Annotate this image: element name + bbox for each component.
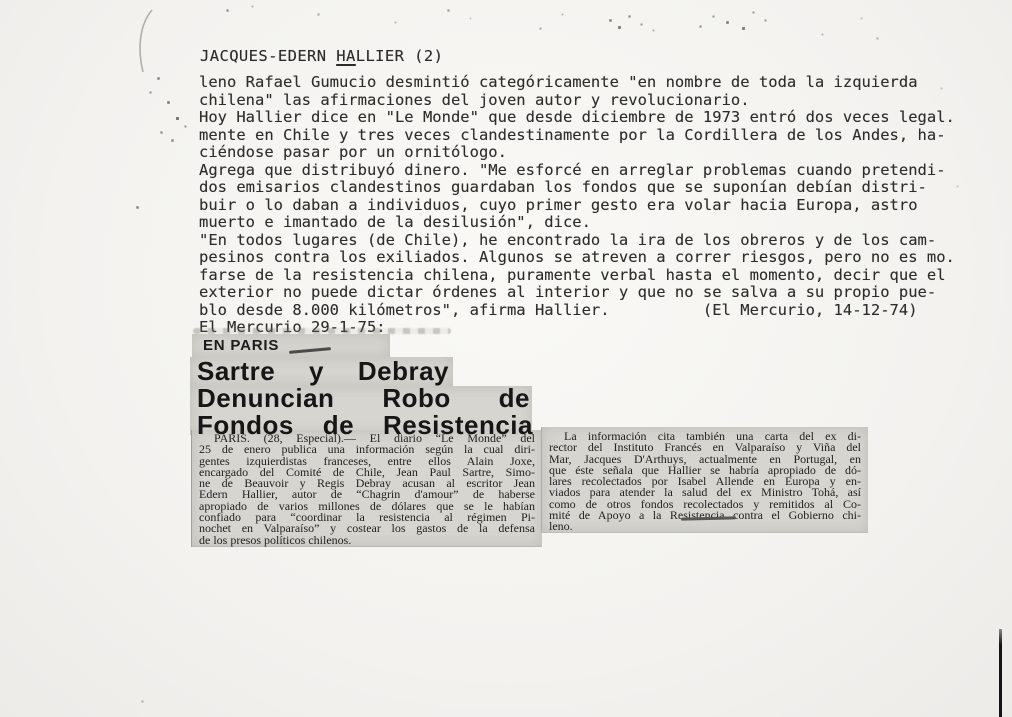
typed-line: exterior no puede dictar órdenes al inte… (199, 284, 955, 302)
typed-heading-pre: JACQUES-EDERN (200, 47, 336, 65)
photocopy-arc-mark (128, 4, 168, 84)
headline-line: Sartre y Debray (197, 358, 449, 384)
typed-line: dos emisarios clandestinos guardaban los… (199, 179, 955, 197)
newsprint-line: de los presos políticos chilenos. (199, 535, 535, 546)
typed-line: chilena" las afirmaciones del joven auto… (199, 92, 955, 110)
typed-line: blo desde 8.000 kilómetros", afirma Hall… (199, 302, 955, 320)
typed-line: mente en Chile y tres veces clandestinam… (199, 127, 955, 145)
typed-line: muerto e imantado de la desilusión", dic… (199, 214, 955, 232)
typed-heading: JACQUES-EDERN HALLIER (2) (200, 47, 443, 65)
newsprint-line: mité de Apoyo a la Resistencia contra el… (549, 510, 861, 521)
typed-line: Agrega que distribuyó dinero. "Me esforc… (199, 162, 955, 180)
typed-line: leno Rafael Gumucio desmintió categórica… (199, 74, 955, 92)
clipping-headline: Sartre y Debray Denuncian Robo de Fondos… (197, 358, 533, 439)
typed-heading-post: LLIER (2) (356, 47, 444, 65)
photocopy-specks (0, 0, 1, 1)
typed-line: "En todos lugares (de Chile), he encontr… (199, 232, 955, 250)
scan-edge-line (999, 629, 1002, 717)
headline-line: Denuncian Robo de (197, 385, 530, 411)
typed-text-block: leno Rafael Gumucio desmintió categórica… (199, 74, 955, 337)
typed-line: buir o lo daban a individuos, cuyo prime… (199, 197, 955, 215)
typed-line: Hoy Hallier dice en "Le Monde" que desde… (199, 109, 955, 127)
clipping-kicker: EN PARIS (203, 337, 279, 354)
typed-line: pesinos contra los exiliados. Algunos se… (199, 249, 955, 267)
typed-line: ciéndose pasar por un ornitólogo. (199, 144, 955, 162)
scanned-page: JACQUES-EDERN HALLIER (2) leno Rafael Gu… (0, 0, 1012, 717)
clipping-left-column: PARIS. (28, Especial).— El diario “Le Mo… (199, 433, 535, 546)
newsprint-line: leno. (549, 521, 861, 532)
typed-line: farse de la resistencia chilena, puramen… (199, 267, 955, 285)
typed-heading-underlined: HA (336, 47, 355, 65)
